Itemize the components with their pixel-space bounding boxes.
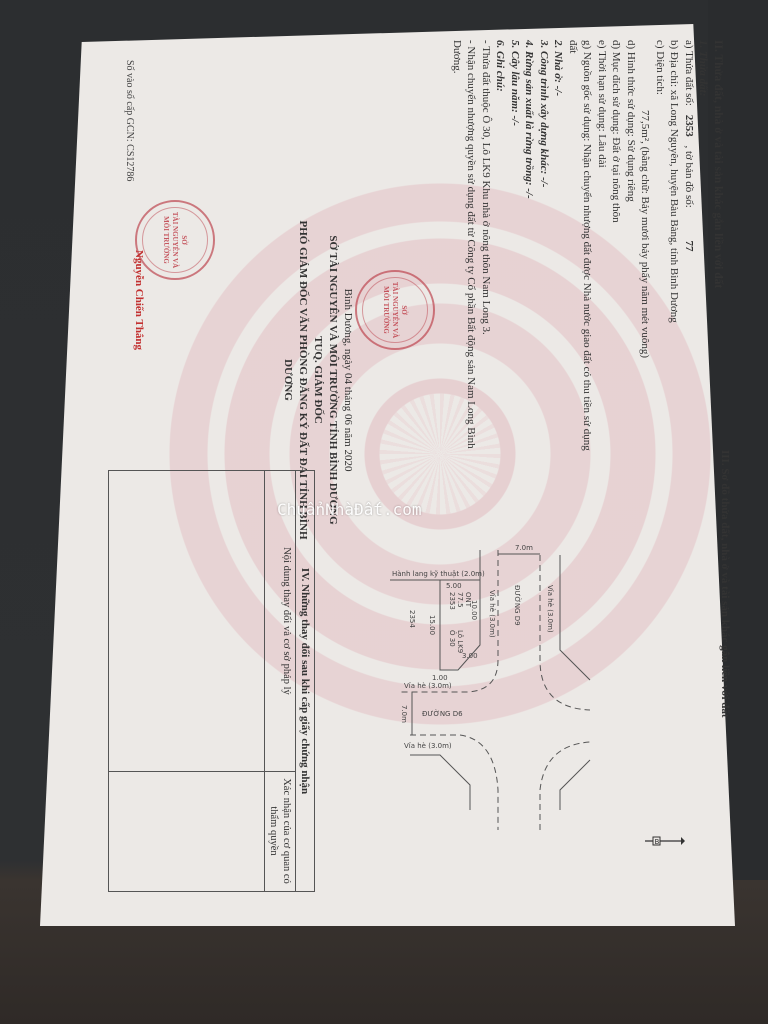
changes-table: IV. Những thay đổi sau khi cấp giấy chứn…: [108, 470, 315, 892]
label-width-d6: 7.0m: [400, 705, 408, 723]
map-sheet-number: 77: [683, 241, 695, 252]
origin: g) Nguồn gốc sử dụng: Nhận chuyển nhượng…: [566, 40, 595, 460]
north-label: B: [655, 838, 660, 846]
notes-heading: 6. Ghi chú:: [495, 40, 507, 92]
book-number: Số vào sổ cấp GCN: CS12786: [124, 60, 135, 181]
label-sidewalk-d6-top: Vỉa hè (3.0m): [404, 682, 452, 690]
confirmation-column: Xác nhận của cơ quan có thẩm quyền: [109, 771, 296, 891]
label-dim-chamfer: 3.00: [462, 652, 478, 660]
label-dim-right: 10.00: [470, 600, 478, 620]
seal-line-2: TÀI NGUYÊN VÀ: [171, 212, 180, 268]
seal-line-2: TÀI NGUYÊN VÀ: [391, 282, 400, 338]
label-sidewalk-d9-left: Vỉa hè (3.0m): [488, 590, 496, 638]
perennial-trees: 5. Cây lâu năm: -/-: [509, 40, 521, 126]
section3-title: III. Sơ đồ thửa đất, nhà ở và tài sản kh…: [719, 450, 731, 718]
plot-map: Hành lang kỹ thuật (2.0m) Vỉa hè (3.0m) …: [380, 530, 680, 830]
note-2: - Nhận chuyển nhượng quyền sử dụng đất t…: [450, 40, 479, 460]
house: 2. Nhà ở: -/-: [553, 40, 565, 96]
official-seal-signature: SỞ TÀI NGUYÊN VÀ MÔI TRƯỜNG: [135, 200, 215, 280]
seal-line-1: SỞ: [400, 305, 409, 314]
usage-form: d) Hình thức sử dụng: Sử dụng riêng: [624, 40, 639, 460]
area-value: 77,5m², (bằng chữ: Bảy mươi bảy phẩy năm…: [638, 40, 653, 460]
official-seal-center: SỞ TÀI NGUYÊN VÀ MÔI TRƯỜNG: [355, 270, 435, 350]
land-heading: 1. Thửa đất:: [698, 40, 710, 96]
other-construction: 3. Công trình xây dựng khác: -/-: [538, 40, 550, 187]
section2-title: II. Thửa đất, nhà ở và tài sản khác gắn …: [711, 40, 726, 460]
label-block: Lô LK9: [456, 630, 464, 653]
address: b) Địa chỉ: xã Long Nguyên, huyện Bàu Bà…: [667, 40, 682, 460]
label-width-d9: 7.0m: [515, 544, 533, 552]
note-1: - Thửa đất thuộc Ô 30, Lô LK9 Khu nhà ở …: [479, 40, 494, 460]
seal-line-3: MÔI TRƯỜNG: [162, 216, 171, 264]
label-neighbor-parcel: 2354: [408, 610, 416, 628]
section4-title: IV. Những thay đổi sau khi cấp giấy chứn…: [296, 471, 314, 891]
map-sheet-label: , tờ bản đồ số:: [683, 145, 695, 207]
col2-header: Xác nhận của cơ quan có thẩm quyền: [264, 771, 295, 891]
production-forest: 4. Rừng sản xuất là rừng trồng: -/-: [524, 40, 536, 199]
label-dim-top: 5.00: [446, 582, 462, 590]
label-dim-bottom: 1.00: [432, 674, 448, 682]
label-lot: Ô 30: [448, 630, 457, 647]
area-label: c) Diện tích:: [654, 40, 666, 95]
label-road-d9: ĐƯỜNG D9: [513, 585, 522, 626]
site-watermark: ChuẩnNhàĐất.com: [277, 500, 422, 519]
label-sidewalk-d6-bottom: Vỉa hè (3.0m): [404, 742, 452, 750]
signer-name: Nguyễn Chiến Thắng: [133, 250, 145, 350]
label-dim-side: 15.00: [428, 615, 436, 635]
label-sidewalk-d9-right: Vỉa hè (3.0m): [546, 585, 554, 633]
usage-term: e) Thời hạn sử dụng: Lâu dài: [595, 40, 610, 460]
usage-purpose: đ) Mục đích sử dụng: Đất ở tại nông thôn: [609, 40, 624, 460]
seal-line-1: SỞ: [180, 235, 189, 244]
parcel-label: a) Thửa đất số:: [683, 40, 695, 106]
section-land-info: II. Thửa đất, nhà ở và tài sản khác gắn …: [450, 40, 726, 460]
seal-line-3: MÔI TRƯỜNG: [382, 286, 391, 334]
changes-column: Nội dung thay đổi và cơ sở pháp lý: [109, 471, 296, 772]
label-parcel-area: 77.5: [456, 592, 464, 608]
label-corridor: Hành lang kỹ thuật (2.0m): [392, 570, 485, 578]
north-arrow-icon: B: [645, 834, 685, 848]
label-parcel-id: 2353: [448, 592, 456, 610]
parcel-number: 2353: [683, 115, 695, 137]
label-road-d6: ĐƯỜNG D6: [422, 709, 463, 718]
